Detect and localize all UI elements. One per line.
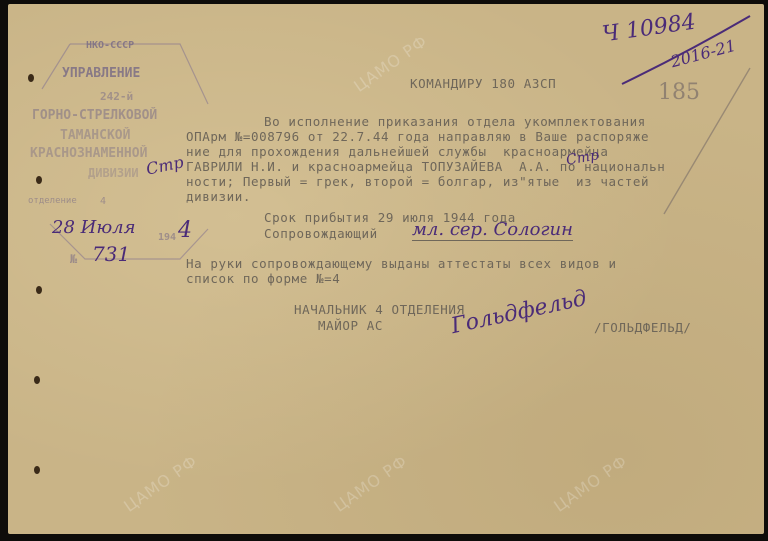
body-line: ОПАрм №=008796 от 22.7.44 года направляю… [186, 129, 649, 144]
stamp-line: ГОРНО-СТРЕЛКОВОЙ [32, 108, 157, 123]
stamp-line: 242-й [100, 90, 133, 103]
stamp-year-suffix: 194 [158, 232, 176, 243]
stamp-line: НКО-СССР [86, 40, 134, 51]
signatory-name: /ГОЛЬДФЕЛЬД/ [594, 320, 692, 335]
pencil-stroke [658, 64, 758, 224]
watermark: ЦАМО РФ [550, 451, 631, 515]
signatory-title: НАЧАЛЬНИК 4 ОТДЕЛЕНИЯ [294, 302, 465, 317]
body-line: ности; Первый = грек, второй = болгар, и… [186, 174, 649, 189]
addressee: КОМАНДИРУ 180 АЗСП [410, 76, 556, 91]
binding-hole [36, 286, 42, 294]
body-line: дивизии. [186, 189, 251, 204]
stamp-department-value: 4 [100, 196, 106, 207]
stamp-line: ДИВИЗИИ [88, 166, 139, 180]
stamp-line: ТАМАНСКОЙ [60, 128, 130, 143]
watermark: ЦАМО РФ [330, 451, 411, 515]
watermark: ЦАМО РФ [120, 451, 201, 515]
stamp-year-handwritten: 4 [178, 218, 192, 243]
stamp-line: УПРАВЛЕНИЕ [62, 66, 140, 81]
binding-hole [34, 466, 40, 474]
escort-name-handwritten: мл. сер. Сологин [412, 219, 573, 241]
instruction-line: На руки сопровождающему выданы аттестаты… [186, 256, 617, 271]
document-sheet: ЦАМО РФ ЦАМО РФ ЦАМО РФ ЦАМО РФ НКО-СССР… [8, 4, 764, 534]
stamp-department-label: отделение [28, 196, 77, 206]
binding-hole [34, 376, 40, 384]
body-line: Во исполнение приказания отдела укомплек… [264, 114, 646, 129]
stamp-line: КРАСНОЗНАМЕННОЙ [30, 146, 147, 161]
stamp-number-handwritten: 731 [92, 242, 130, 266]
stamp-number-label: № [70, 252, 77, 266]
body-line: ние для прохождения дальнейшей службы кр… [186, 144, 609, 159]
instruction-line: список по форме №=4 [186, 271, 340, 286]
escort-label: Сопровождающий [264, 226, 378, 241]
signature: Гольдфельд [449, 286, 589, 339]
signatory-rank: МАЙОР АС [318, 318, 383, 333]
stamp-date-handwritten: 28 Июля [52, 217, 136, 238]
